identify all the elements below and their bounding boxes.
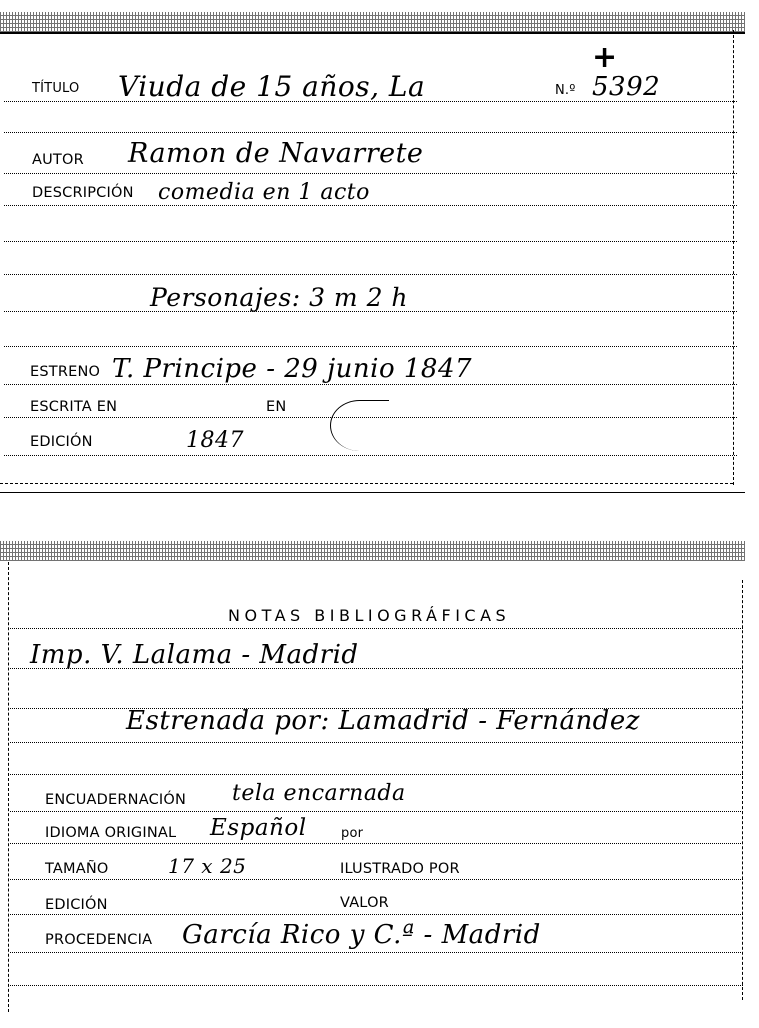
value-personajes: Personajes: 3 m 2 h [150, 283, 408, 312]
label-encuadernacion: ENCUADERNACIÓN [45, 792, 186, 808]
card-top-speckled-edge [0, 12, 745, 32]
label-autor: AUTOR [32, 152, 84, 168]
rule-tamano [10, 879, 743, 880]
rule-above-autor [4, 132, 737, 133]
value-autor: Ramon de Navarrete [128, 138, 423, 169]
faded-stamp-mark [330, 400, 389, 451]
rule-blank-3 [4, 346, 737, 347]
label-por: por [341, 826, 363, 841]
value-tamano: 17 x 25 [168, 854, 246, 878]
rule-autor [4, 173, 737, 174]
value-procedencia: García Rico y C.ª - Madrid [182, 920, 541, 950]
card-top-bottom-edge [0, 483, 733, 484]
value-numero: 5392 [592, 72, 660, 102]
label-procedencia: PROCEDENCIA [45, 932, 152, 948]
value-encuadernacion: tela encarnada [232, 781, 406, 806]
label-titulo: TÍTULO [32, 81, 79, 96]
label-tamano: TAMAÑO [45, 861, 109, 877]
label-idioma-original: IDIOMA ORIGINAL [45, 825, 176, 841]
rule-notes-4 [10, 742, 743, 743]
rule-notes-1 [10, 628, 743, 629]
rule-descripcion [4, 205, 737, 206]
note-imprenta: Imp. V. Lalama - Madrid [30, 640, 359, 670]
rule-idioma [10, 843, 743, 844]
label-ilustrado-por: ILUSTRADO POR [340, 861, 460, 877]
card-bottom-speckled-edge [0, 541, 745, 561]
value-estreno: T. Principe - 29 junio 1847 [112, 354, 472, 384]
page-divider [0, 492, 745, 493]
value-idioma-original: Español [210, 815, 307, 841]
rule-edicion-valor [10, 914, 743, 915]
value-edicion: 1847 [186, 428, 244, 453]
note-estrenada-por: Estrenada por: Lamadrid - Fernández [126, 706, 640, 736]
rule-notes-5 [10, 774, 743, 775]
rule-estreno [4, 384, 737, 385]
value-descripcion: comedia en 1 acto [158, 180, 370, 205]
card-bottom-left-edge [8, 562, 9, 1012]
label-escrita-en: ESCRITA EN [30, 399, 117, 415]
rule-procedencia [10, 952, 743, 953]
card-top-border [0, 32, 745, 34]
rule-blank-2 [4, 274, 737, 275]
value-titulo: Viuda de 15 años, La [118, 70, 425, 103]
notes-heading: NOTAS BIBLIOGRÁFICAS [228, 606, 510, 625]
cross-mark-icon: + [592, 40, 617, 75]
label-valor: VALOR [340, 895, 389, 911]
rule-bottom [10, 985, 743, 986]
label-numero: N.º [555, 83, 576, 98]
rule-edicion [4, 455, 737, 456]
rule-blank-1 [4, 241, 737, 242]
label-edicion-bottom: EDICIÓN [45, 897, 108, 913]
label-descripcion: DESCRIPCIÓN [32, 185, 134, 201]
rule-encuadernacion [10, 811, 743, 812]
label-edicion: EDICIÓN [30, 434, 93, 450]
label-en: EN [266, 399, 286, 415]
label-estreno: ESTRENO [30, 364, 100, 380]
card-bottom-right-edge [742, 580, 743, 1000]
